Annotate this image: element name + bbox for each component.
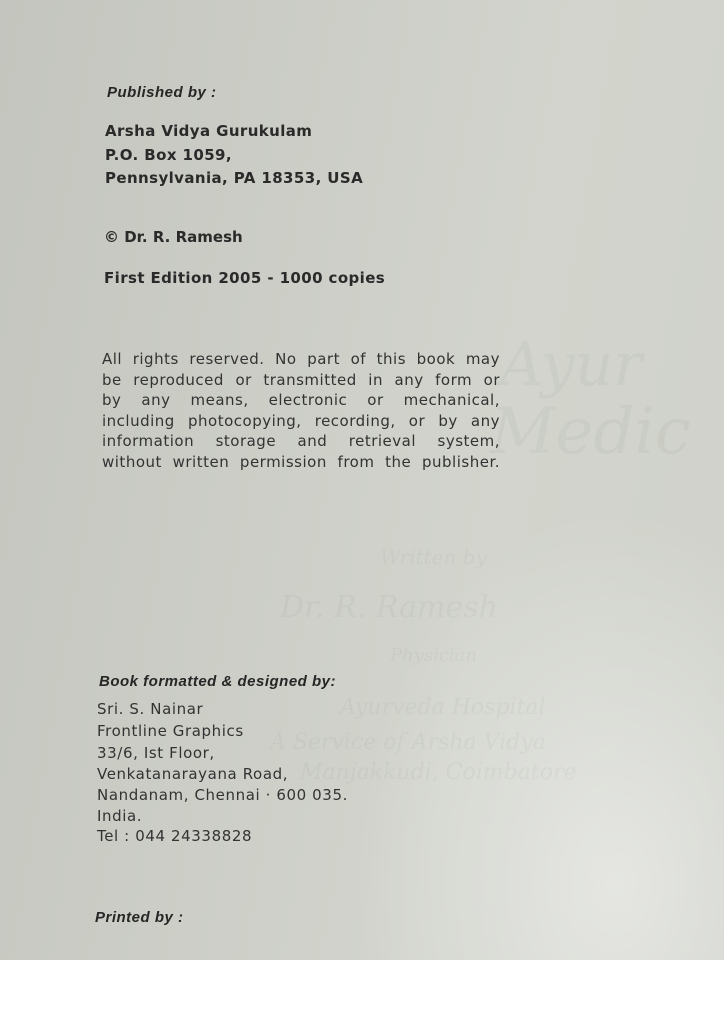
rights-line: without written permission from the publ… xyxy=(102,452,500,473)
designed-by-heading: Book formatted & designed by: xyxy=(99,673,336,690)
copyright-notice: © Dr. R. Ramesh xyxy=(104,228,243,246)
designer-address-city: Nandanam, Chennai · 600 035. xyxy=(97,786,348,804)
rights-reserved-notice: All rights reserved. No part of this boo… xyxy=(102,349,500,472)
publisher-po-box: P.O. Box 1059, xyxy=(105,146,232,164)
rights-line: All rights reserved. No part of this boo… xyxy=(102,349,500,370)
show-through-written-by: Written by xyxy=(380,545,487,569)
designer-address-road: Venkatanarayana Road, xyxy=(97,765,288,783)
designer-company: Frontline Graphics xyxy=(97,722,244,740)
show-through-affiliation-1: A Service of Arsha Vidya xyxy=(270,730,546,755)
published-by-heading: Published by : xyxy=(107,84,217,101)
designer-address-floor: 33/6, Ist Floor, xyxy=(97,744,215,762)
rights-line: by any means, electronic or mechanical, xyxy=(102,390,500,411)
publisher-location: Pennsylvania, PA 18353, USA xyxy=(105,169,363,187)
book-page: Ayur Medic Written by Dr. R. Ramesh Phys… xyxy=(0,0,724,960)
show-through-author: Dr. R. Ramesh xyxy=(280,590,498,625)
show-through-physician: Physician xyxy=(390,645,477,666)
designer-address-country: India. xyxy=(97,807,142,825)
designer-name: Sri. S. Nainar xyxy=(97,700,203,718)
edition-info: First Edition 2005 - 1000 copies xyxy=(104,269,385,287)
show-through-title-line-2: Medic xyxy=(490,395,691,469)
show-through-hospital: Ayurveda Hospital xyxy=(340,695,546,720)
printed-by-heading: Printed by : xyxy=(95,909,184,926)
rights-line: be reproduced or transmitted in any form… xyxy=(102,370,500,391)
rights-line: information storage and retrieval system… xyxy=(102,431,500,452)
designer-phone: Tel : 044 24338828 xyxy=(97,827,252,845)
rights-line: including photocopying, recording, or by… xyxy=(102,411,500,432)
show-through-title-line-1: Ayur xyxy=(500,330,642,400)
show-through-affiliation-2: Manjakkudi, Coimbatore xyxy=(300,760,576,785)
publisher-name: Arsha Vidya Gurukulam xyxy=(105,122,312,140)
